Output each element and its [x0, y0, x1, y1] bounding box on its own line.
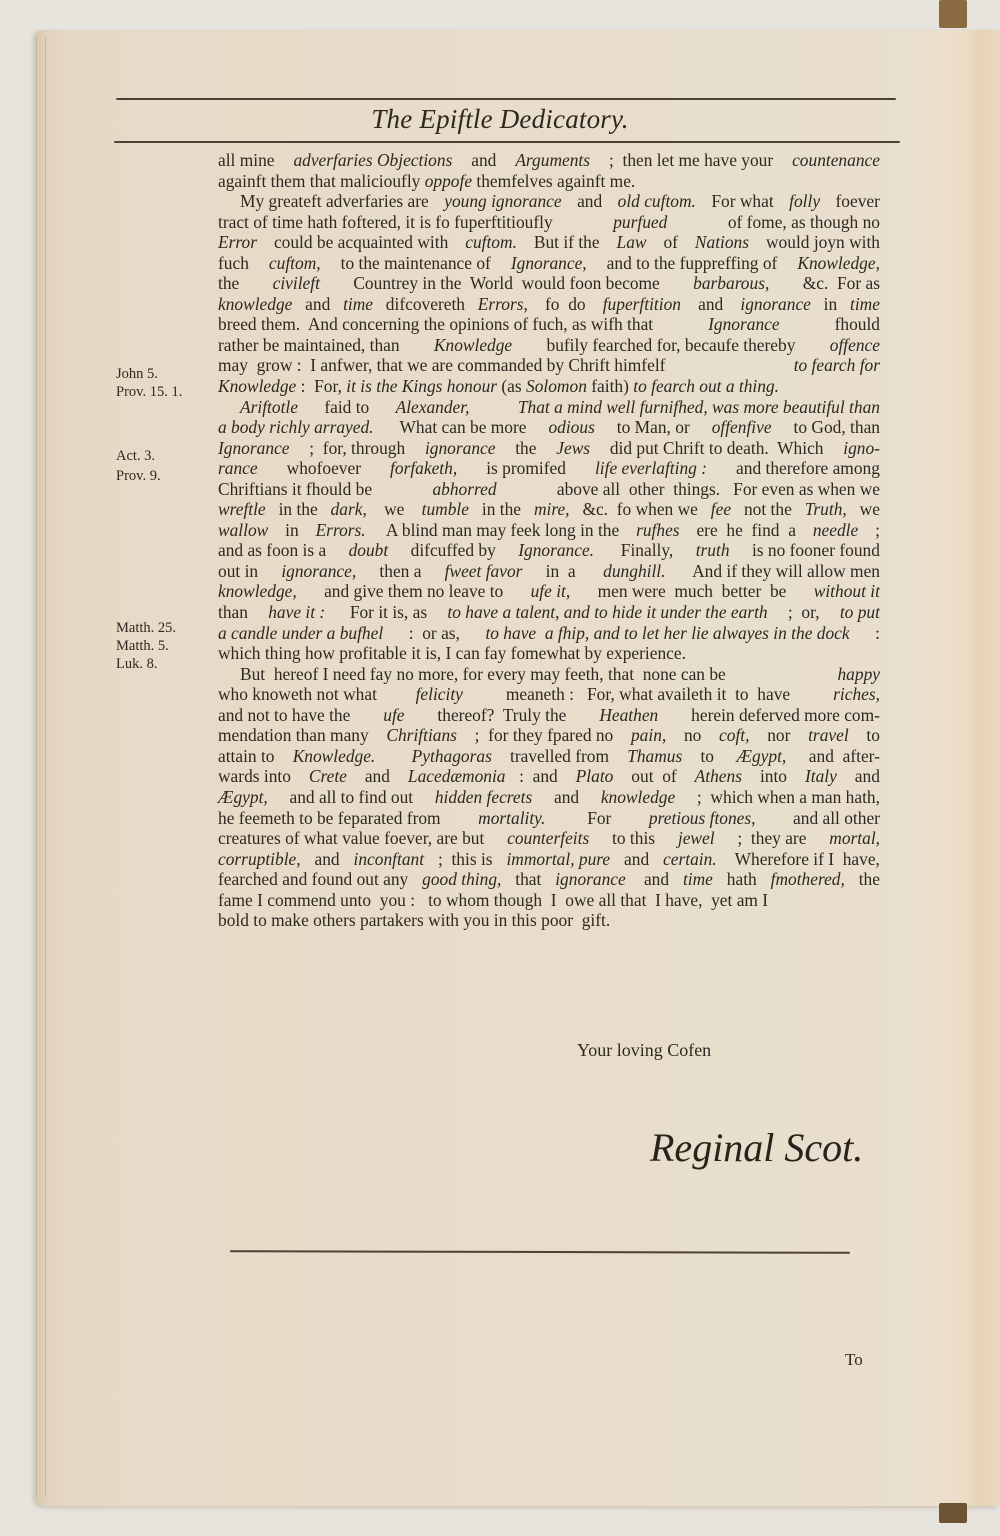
text-segment: of	[659, 232, 682, 253]
text-segment: : or as,	[404, 623, 464, 644]
italic-text-segment: young ignorance	[444, 191, 561, 212]
text-line: My greateft adverfaries are young ignora…	[218, 191, 880, 212]
text-segment: (as	[497, 376, 526, 397]
text-segment: out in	[218, 561, 262, 582]
text-segment: A blind man may feek long in the	[378, 520, 623, 541]
text-segment: nor	[763, 725, 795, 746]
text-line: and not to have the ufe thereof? Truly t…	[218, 705, 880, 726]
italic-text-segment: countenance	[792, 150, 880, 171]
text-segment: creatures of what value foever, are but	[218, 828, 489, 849]
text-segment: ; for, through	[305, 438, 410, 459]
epistle-body-text: all mine adverfaries Objections and Argu…	[218, 150, 880, 931]
italic-text-segment: fweet favor	[445, 561, 523, 582]
italic-text-segment: Knowledge	[434, 335, 512, 356]
text-segment: Finally,	[612, 540, 678, 561]
margin-note-reference: Act. 3.	[116, 448, 155, 464]
italic-text-segment: doubt	[349, 540, 389, 561]
text-line: Knowledge : For, it is the Kings honour …	[218, 376, 880, 397]
italic-text-segment: felicity	[416, 684, 463, 705]
text-segment: fearched and found out any	[218, 869, 413, 890]
text-segment: For what	[707, 191, 778, 212]
italic-text-segment: to have a fhip, and to let her lie alway…	[485, 623, 849, 644]
text-segment: and	[620, 849, 654, 870]
text-line: wallow in Errors. A blind man may feek l…	[218, 520, 880, 541]
italic-text-segment: Knowledge.	[293, 746, 376, 767]
italic-text-segment: pretious ftones,	[649, 808, 756, 829]
text-segment: hath	[722, 869, 761, 890]
text-segment: into	[751, 766, 795, 787]
text-segment: then a	[375, 561, 426, 582]
text-segment: who knoweth not what	[218, 684, 381, 705]
italic-text-segment: Italy	[805, 766, 837, 787]
italic-text-segment: tumble	[422, 499, 469, 520]
text-segment: and to the fuppreffing of	[602, 253, 781, 274]
text-segment: men were much better be	[593, 581, 791, 602]
text-line: knowledge, and give them no leave to ufe…	[218, 581, 880, 602]
closing-salutation: Your loving Cofen	[577, 1040, 711, 1061]
text-segment: and all to find out	[285, 787, 417, 808]
italic-text-segment: mire,	[534, 499, 570, 520]
italic-text-segment: rufhes	[636, 520, 679, 541]
text-segment: and	[356, 766, 399, 787]
text-segment: he feemeth to be feparated from	[218, 808, 445, 829]
text-segment: whofoever	[282, 458, 365, 479]
text-segment: herein deferved more com-	[687, 705, 880, 726]
italic-text-segment: wallow	[218, 520, 268, 541]
text-segment: the	[854, 869, 880, 890]
text-segment: to God, than	[789, 417, 880, 438]
text-segment: fame I commend unto you : to whom though…	[218, 890, 768, 911]
italic-text-segment: forfaketh,	[390, 458, 457, 479]
italic-text-segment: riches,	[833, 684, 880, 705]
text-segment: is no fooner found	[748, 540, 880, 561]
text-line: knowledge and time difcovereth Errors, f…	[218, 294, 880, 315]
text-segment: and therefore among	[732, 458, 880, 479]
italic-text-segment: jewel	[678, 828, 715, 849]
italic-text-segment: life everlafting :	[595, 458, 707, 479]
text-line: wreftle in the dark, we tumble in the mi…	[218, 499, 880, 520]
italic-text-segment: Errors.	[316, 520, 366, 541]
text-segment: For	[579, 808, 616, 829]
italic-text-segment: Alexander,	[396, 397, 470, 418]
header-rule-bottom	[114, 141, 900, 143]
text-segment: fhould	[830, 314, 880, 335]
italic-text-segment: wreftle	[218, 499, 266, 520]
text-segment: ; they are	[733, 828, 811, 849]
italic-text-segment: barbarous,	[693, 273, 769, 294]
text-segment: we	[855, 499, 880, 520]
text-line: than have it : For it is, as to have a t…	[218, 602, 880, 623]
italic-text-segment: mortal,	[829, 828, 880, 849]
italic-text-segment: Law	[617, 232, 647, 253]
italic-text-segment: ufe	[383, 705, 404, 726]
italic-text-segment: Knowledge,	[797, 253, 880, 274]
italic-text-segment: have it :	[268, 602, 325, 623]
text-segment: and	[635, 869, 673, 890]
text-segment: difcovereth	[381, 294, 469, 315]
italic-text-segment: to have a talent, and to hide it under t…	[447, 602, 767, 623]
text-segment: Countrey in the World would foon become	[349, 273, 664, 294]
italic-text-segment: knowledge	[218, 294, 292, 315]
text-segment: What can be more	[391, 417, 531, 438]
italic-text-segment: folly	[789, 191, 820, 212]
text-segment: : For,	[296, 376, 346, 397]
text-line: Ignorance ; for, through ignorance the J…	[218, 438, 880, 459]
italic-text-segment: to fearch for	[794, 355, 880, 376]
text-segment: no	[680, 725, 706, 746]
italic-text-segment: a candle under a bufhel	[218, 623, 383, 644]
italic-text-segment: odious	[548, 417, 594, 438]
text-segment: Chriftians it fhould be	[218, 479, 376, 500]
page-gutter-fold	[966, 30, 1000, 1506]
text-segment: may grow : I anfwer, that we are command…	[218, 355, 670, 376]
text-segment: and give them no leave to	[320, 581, 508, 602]
text-segment: and	[301, 294, 335, 315]
text-line: But hereof I need fay no more, for every…	[218, 664, 880, 685]
text-line: rather be maintained, than Knowledge buf…	[218, 335, 880, 356]
italic-text-segment: Jews	[556, 438, 590, 459]
text-segment: themfelves againft me.	[472, 171, 635, 192]
text-line: the civileft Countrey in the World would…	[218, 273, 880, 294]
italic-text-segment: That a mind well furnifhed, was more bea…	[518, 397, 880, 418]
text-segment: ere he find a	[692, 520, 800, 541]
text-segment: and after-	[800, 746, 880, 767]
italic-text-segment: certain.	[663, 849, 717, 870]
text-segment: meaneth : For, what availeth it to have	[497, 684, 799, 705]
italic-text-segment: Knowledge	[218, 376, 296, 397]
italic-text-segment: cuftom.	[465, 232, 517, 253]
text-line: a candle under a bufhel : or as, to have…	[218, 623, 880, 644]
margin-note-reference: Prov. 9.	[116, 468, 161, 484]
text-line: bold to make others partakers with you i…	[218, 910, 880, 931]
text-segment: faid to	[320, 397, 374, 418]
italic-text-segment: offence	[830, 335, 880, 356]
text-segment: and all other	[789, 808, 880, 829]
italic-text-segment: Ignorance	[708, 314, 779, 335]
text-line: corruptible, and inconftant ; this is im…	[218, 849, 880, 870]
text-segment: difcuffed by	[406, 540, 500, 561]
italic-text-segment: Ariftotle	[240, 397, 298, 418]
italic-text-segment: time	[683, 869, 713, 890]
text-segment: we	[375, 499, 413, 520]
text-line: Ægypt, and all to find out hidden fecret…	[218, 787, 880, 808]
author-signature: Reginal Scot.	[650, 1124, 863, 1171]
italic-text-segment: needle	[813, 520, 858, 541]
text-segment: :	[871, 623, 880, 644]
text-line: rance whofoever forfaketh, is promifed l…	[218, 458, 880, 479]
italic-text-segment: Chriftians	[386, 725, 457, 746]
text-segment: ; for they fpared no	[470, 725, 617, 746]
text-segment: is promifed	[482, 458, 570, 479]
text-line: breed them. And concerning the opinions …	[218, 314, 880, 335]
text-segment: of fome, as though no	[724, 212, 881, 233]
italic-text-segment: Ignorance.	[518, 540, 594, 561]
text-line: he feemeth to be feparated from mortalit…	[218, 808, 880, 829]
text-segment: ; which when a man hath,	[693, 787, 880, 808]
text-segment: faith)	[587, 376, 633, 397]
text-segment: could be acquainted with	[270, 232, 453, 253]
text-line: Ariftotle faid to Alexander, That a mind…	[218, 397, 880, 418]
text-segment: would joyn with	[762, 232, 880, 253]
text-line: Chriftians it fhould be abhorred above a…	[218, 479, 880, 500]
text-line: a body richly arrayed. What can be more …	[218, 417, 880, 438]
text-segment: breed them. And concerning the opinions …	[218, 314, 658, 335]
text-segment	[389, 746, 398, 767]
italic-text-segment: to put	[840, 602, 880, 623]
italic-text-segment: time	[850, 294, 880, 315]
text-segment: &c. fo when we	[578, 499, 702, 520]
text-line: out in ignorance, then a fweet favor in …	[218, 561, 880, 582]
text-segment: ; or,	[784, 602, 824, 623]
text-segment: to this	[608, 828, 660, 849]
text-segment: attain to	[218, 746, 279, 767]
text-segment: travelled from	[506, 746, 614, 767]
italic-text-segment: purfued	[613, 212, 667, 233]
text-segment: in	[819, 294, 841, 315]
text-segment: &c. For as	[798, 273, 880, 294]
text-segment: foever	[831, 191, 880, 212]
text-line: and as foon is a doubt difcuffed by Igno…	[218, 540, 880, 561]
italic-text-segment: Ægypt,	[737, 746, 787, 767]
italic-text-segment: Thamus	[627, 746, 682, 767]
text-line: which thing how profitable it is, I can …	[218, 643, 880, 664]
text-segment: which thing how profitable it is, I can …	[218, 643, 686, 664]
text-segment	[491, 397, 495, 418]
text-segment: wards into	[218, 766, 300, 787]
page-edge-stack	[36, 36, 46, 1496]
catchword: To	[845, 1350, 863, 1370]
text-line: who knoweth not what felicity meaneth : …	[218, 684, 880, 705]
text-segment: and	[846, 766, 880, 787]
text-segment: the	[511, 438, 541, 459]
italic-text-segment: without it	[814, 581, 880, 602]
italic-text-segment: time	[343, 294, 373, 315]
text-segment: For it is, as	[341, 602, 431, 623]
italic-text-segment: igno-	[843, 438, 880, 459]
text-segment: But if the	[530, 232, 604, 253]
text-segment: and	[689, 294, 732, 315]
text-segment: in the	[274, 499, 322, 520]
text-segment: But hereof I need fay no more, for every…	[240, 664, 734, 685]
text-segment: rather be maintained, than	[218, 335, 404, 356]
text-line: againft them that malicioufly oppofe the…	[218, 171, 880, 192]
italic-text-segment: mortality.	[478, 808, 545, 829]
italic-text-segment: Errors,	[478, 294, 528, 315]
text-segment: againft them that malicioufly	[218, 171, 425, 192]
text-segment: did put Chrift to death. Which	[605, 438, 827, 459]
margin-note-reference: Luk. 8.	[116, 656, 157, 672]
italic-text-segment: offenfive	[712, 417, 772, 438]
italic-text-segment: ufe it,	[531, 581, 571, 602]
italic-text-segment: knowledge,	[218, 581, 297, 602]
italic-text-segment: Arguments	[515, 150, 590, 171]
text-segment: and	[467, 150, 501, 171]
italic-text-segment: Plato	[576, 766, 614, 787]
text-segment: that	[511, 869, 546, 890]
italic-text-segment: dark,	[331, 499, 367, 520]
italic-text-segment: old cuftom.	[618, 191, 696, 212]
text-segment: bold to make others partakers with you i…	[218, 910, 610, 931]
binding-tab-bottom	[939, 1503, 967, 1523]
italic-text-segment: rance	[218, 458, 258, 479]
text-line: mendation than many Chriftians ; for the…	[218, 725, 880, 746]
text-segment: in	[281, 520, 303, 541]
italic-text-segment: Nations	[695, 232, 749, 253]
text-segment: the	[218, 273, 244, 294]
text-line: Error could be acquainted with cuftom. B…	[218, 232, 880, 253]
italic-text-segment: to fearch out a thing.	[633, 376, 779, 397]
text-segment: mendation than many	[218, 725, 373, 746]
text-segment: and not to have the	[218, 705, 355, 726]
italic-text-segment: pain,	[631, 725, 666, 746]
italic-text-segment: Athens	[695, 766, 742, 787]
text-segment: ;	[871, 520, 880, 541]
running-head: The Epiftle Dedicatory.	[0, 104, 1000, 135]
italic-text-segment: happy	[837, 664, 880, 685]
text-line: may grow : I anfwer, that we are command…	[218, 355, 880, 376]
text-line: fearched and found out any good thing, t…	[218, 869, 880, 890]
italic-text-segment: Crete	[309, 766, 347, 787]
italic-text-segment: Ignorance,	[511, 253, 587, 274]
text-segment: above all other things. For even as when…	[553, 479, 880, 500]
italic-text-segment: hidden fecrets	[435, 787, 532, 808]
text-segment: thereof? Truly the	[433, 705, 571, 726]
italic-text-segment: ignorance,	[281, 561, 356, 582]
text-segment: out of	[623, 766, 686, 787]
text-segment: fuch	[218, 253, 253, 274]
italic-text-segment: Pythagoras	[412, 746, 492, 767]
italic-text-segment: Error	[218, 232, 257, 253]
text-segment: and	[550, 787, 584, 808]
margin-note-reference: Matth. 25.	[116, 620, 176, 636]
italic-text-segment: Ægypt,	[218, 787, 268, 808]
text-line: fame I commend unto you : to whom though…	[218, 890, 880, 911]
italic-text-segment: coft,	[719, 725, 749, 746]
italic-text-segment: truth	[696, 540, 730, 561]
header-rule-top	[116, 98, 896, 100]
text-segment: ; then let me have your	[605, 150, 778, 171]
text-segment: And if they will allow men	[684, 561, 880, 582]
italic-text-segment: corruptible,	[218, 849, 301, 870]
italic-text-segment: fuperftition	[603, 294, 681, 315]
italic-text-segment: dunghill.	[603, 561, 665, 582]
text-segment: My greateft adverfaries are	[240, 191, 433, 212]
italic-text-segment: adverfaries Objections	[293, 150, 452, 171]
text-segment: and	[573, 191, 607, 212]
italic-text-segment: abhorred	[432, 479, 496, 500]
italic-text-segment: travel	[808, 725, 849, 746]
text-segment: than	[218, 602, 252, 623]
italic-text-segment: inconftant	[354, 849, 425, 870]
italic-text-segment: Solomon	[526, 376, 587, 397]
text-segment: and as foon is a	[218, 540, 331, 561]
text-segment: in a	[541, 561, 584, 582]
text-segment: to the maintenance of	[336, 253, 495, 274]
text-segment: to	[696, 746, 723, 767]
italic-text-segment: Ignorance	[218, 438, 289, 459]
italic-text-segment: fmothered,	[771, 869, 845, 890]
italic-text-segment: ignorance	[740, 294, 811, 315]
italic-text-segment: immortal, pure	[506, 849, 610, 870]
text-segment: fo do	[536, 294, 594, 315]
text-line: creatures of what value foever, are but …	[218, 828, 880, 849]
italic-text-segment: civileft	[273, 273, 320, 294]
italic-text-segment: it is the Kings honour	[346, 376, 497, 397]
italic-text-segment: oppofe	[425, 171, 472, 192]
italic-text-segment: fee	[711, 499, 731, 520]
text-segment: to Man, or	[612, 417, 694, 438]
text-segment: ; this is	[434, 849, 497, 870]
text-line: tract of time hath foftered, it is fo fu…	[218, 212, 880, 233]
text-line: wards into Crete and Lacedæmonia : and P…	[218, 766, 880, 787]
italic-text-segment: ignorance	[555, 869, 626, 890]
italic-text-segment: knowledge	[601, 787, 675, 808]
text-segment: tract of time hath foftered, it is fo fu…	[218, 212, 557, 233]
text-segment: and	[310, 849, 344, 870]
text-segment: : and	[515, 766, 567, 787]
text-segment: bufily fearched for, becaufe thereby	[542, 335, 800, 356]
binding-tab-top	[939, 0, 967, 28]
text-line: fuch cuftom, to the maintenance of Ignor…	[218, 253, 880, 274]
italic-text-segment: cuftom,	[269, 253, 321, 274]
text-segment: in the	[478, 499, 526, 520]
text-segment: not the	[740, 499, 797, 520]
italic-text-segment: counterfeits	[507, 828, 589, 849]
italic-text-segment: Heathen	[599, 705, 658, 726]
italic-text-segment: ignorance	[425, 438, 496, 459]
text-segment: to	[862, 725, 880, 746]
italic-text-segment: good thing,	[422, 869, 501, 890]
italic-text-segment: a body richly arrayed.	[218, 417, 374, 438]
text-segment: all mine	[218, 150, 279, 171]
text-segment: Wherefore if I have,	[726, 849, 880, 870]
text-line: all mine adverfaries Objections and Argu…	[218, 150, 880, 171]
text-line: attain to Knowledge. Pythagoras travelle…	[218, 746, 880, 767]
italic-text-segment: Truth,	[805, 499, 847, 520]
italic-text-segment: Lacedæmonia	[408, 766, 506, 787]
margin-note-reference: Prov. 15. 1.	[116, 384, 182, 400]
margin-note-reference: John 5.	[116, 366, 158, 382]
margin-note-reference: Matth. 5.	[116, 638, 169, 654]
